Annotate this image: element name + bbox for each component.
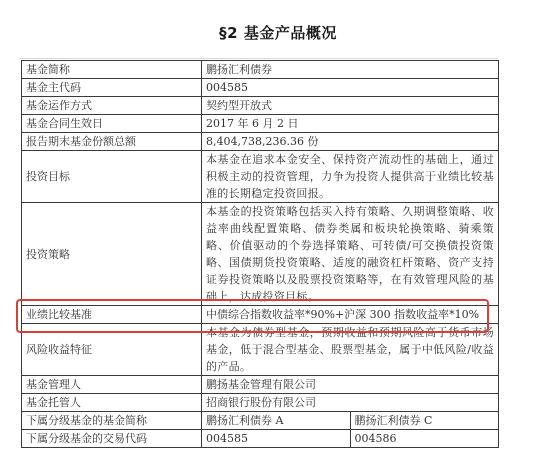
table-row: 投资目标 本基金在追求本金安全、保持资产流动性的基础上，通过积极主动的投资管理，… (22, 151, 499, 203)
section-title: §2 基金产品概况 (0, 22, 556, 43)
table-row: 基金管理人 鹏扬基金管理有限公司 (22, 376, 499, 394)
row-value: 招商银行股份有限公司 (202, 394, 499, 412)
row-value: 2017 年 6 月 2 日 (202, 115, 499, 133)
row-label: 基金托管人 (22, 394, 202, 412)
row-value: 本基金在追求本金安全、保持资产流动性的基础上，通过积极主动的投资管理，力争为投资… (202, 151, 499, 203)
fund-overview-table: 基金简称 鹏扬汇利债券 基金主代码 004585 基金运作方式 契约型开放式 基… (21, 60, 499, 448)
row-label: 下属分级基金的交易代码 (22, 430, 202, 448)
table-row: 风险收益特征 本基金为债券型基金，预期收益和预期风险高于货币市场基金，低于混合型… (22, 324, 499, 376)
row-label: 报告期末基金份额总额 (22, 133, 202, 151)
table-row-highlighted: 业绩比较基准 中债综合指数收益率*90%+沪深 300 指数收益率*10% (22, 306, 499, 324)
row-label: 下属分级基金的基金简称 (22, 412, 202, 430)
row-label: 基金主代码 (22, 79, 202, 97)
row-label: 基金简称 (22, 61, 202, 79)
table-row: 基金简称 鹏扬汇利债券 (22, 61, 499, 79)
row-label: 基金管理人 (22, 376, 202, 394)
row-label: 投资目标 (22, 151, 202, 203)
row-label: 业绩比较基准 (22, 306, 202, 324)
table-row: 基金合同生效日 2017 年 6 月 2 日 (22, 115, 499, 133)
class-c-name: 鹏扬汇利债券 C (350, 412, 499, 430)
table-row: 投资策略 本基金的投资策略包括买入持有策略、久期调整策略、收益率曲线配置策略、债… (22, 203, 499, 306)
table-row: 下属分级基金的交易代码 004585 004586 (22, 430, 499, 448)
row-label: 投资策略 (22, 203, 202, 306)
row-value: 本基金为债券型基金，预期收益和预期风险高于货币市场基金，低于混合型基金、股票型基… (202, 324, 499, 376)
row-value: 鹏扬汇利债券 (202, 61, 499, 79)
table-row: 报告期末基金份额总额 8,404,738,236.36 份 (22, 133, 499, 151)
table-row: 基金运作方式 契约型开放式 (22, 97, 499, 115)
row-label: 风险收益特征 (22, 324, 202, 376)
class-c-code: 004586 (350, 430, 499, 448)
divider (20, 58, 498, 59)
row-value: 契约型开放式 (202, 97, 499, 115)
row-value: 鹏扬基金管理有限公司 (202, 376, 499, 394)
table-row: 基金托管人 招商银行股份有限公司 (22, 394, 499, 412)
row-value: 本基金的投资策略包括买入持有策略、久期调整策略、收益率曲线配置策略、债券类属和板… (202, 203, 499, 306)
row-label: 基金运作方式 (22, 97, 202, 115)
class-a-name: 鹏扬汇利债券 A (202, 412, 351, 430)
table-row: 基金主代码 004585 (22, 79, 499, 97)
class-a-code: 004585 (202, 430, 351, 448)
row-value: 004585 (202, 79, 499, 97)
row-label: 基金合同生效日 (22, 115, 202, 133)
row-value: 中债综合指数收益率*90%+沪深 300 指数收益率*10% (202, 306, 499, 324)
row-value: 8,404,738,236.36 份 (202, 133, 499, 151)
table-row: 下属分级基金的基金简称 鹏扬汇利债券 A 鹏扬汇利债券 C (22, 412, 499, 430)
